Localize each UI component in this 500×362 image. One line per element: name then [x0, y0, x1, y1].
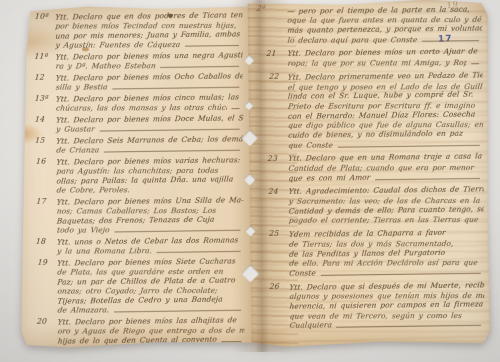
entry-line: Ytt. Declaro que si después de mi Muerte…: [289, 280, 484, 291]
handwritten-text: Ytt. Declaro por bienes míos Siete Cucha…: [57, 256, 236, 267]
entry-line: Conste: [289, 266, 484, 277]
handwritten-text: Ytt. Declaro por bienes míos Doce Mulas,…: [56, 113, 244, 124]
entry-end-rule: [160, 66, 239, 68]
testament-entry: 20Ytt. Declaro por bienes míos las alhaj…: [36, 315, 244, 345]
entry-number: 23: [266, 153, 289, 182]
testament-entry: 15Ytt. Declaro Seis Marranos de Ceba; lo…: [35, 134, 243, 155]
entry-line: una por mis menores; Juana y Familia, am…: [55, 29, 242, 40]
handwritten-text: Conste: [289, 268, 316, 277]
entry-end-rule: [185, 45, 239, 47]
testament-entry: 26Ytt. Declaro que si después de mi Muer…: [268, 280, 484, 330]
entry-text-block: Ytt. Agradecimiento: Caudal dos dichos d…: [288, 185, 483, 225]
entry-text-block: Ytt. Declaro por bienes míos un corto Aj…: [287, 47, 482, 68]
entry-text-block: Ytt. Declaro por bienes míos varias hech…: [56, 155, 243, 194]
entry-number: 16: [33, 157, 57, 195]
entry-line: y la una Romana Libra.: [57, 245, 244, 256]
entry-text-block: Ytt. Declaro que en dos poderes de Ticar…: [55, 10, 242, 49]
handwritten-text: Paz; un par de Chillos de Plata de a Cua…: [57, 275, 236, 286]
right-page-entries: — pero por el tiempo de la parte en la s…: [266, 4, 485, 334]
handwritten-text: silla y Bestia: [55, 82, 108, 91]
entry-number: 15: [34, 136, 57, 155]
entry-number: 13ª: [34, 94, 57, 113]
entry-line: silla y Bestia: [55, 81, 242, 92]
entry-text-block: Ytt. Declaro por bienes míos cinco mulas…: [55, 92, 242, 112]
entry-line: Ytt. Declaro por bienes míos varias hech…: [56, 155, 243, 166]
entry-text-block: Ytt. Declaro Seis Marranos de Ceba; los …: [56, 134, 243, 154]
entry-number: 24: [266, 186, 290, 225]
entry-text-block: Ytt. Declaro por bienes míos las alhajit…: [57, 315, 244, 345]
handwritten-text: lo declaro aquí para que Conste: [287, 35, 418, 45]
entry-line: Ytt. Declaro por bienes míos Doce Mulas,…: [56, 113, 243, 124]
testament-entry: 10ªYtt. Declaro que en dos poderes de Ti…: [34, 10, 242, 50]
handwritten-text: Ytt. Declaro por bienes míos cinco mulas…: [55, 92, 239, 103]
entry-end-rule: [375, 178, 480, 180]
handwritten-text: con el Bernardo: Manuel Díaz Flores: Cos…: [288, 109, 476, 120]
handwritten-text: Cualquiera: [289, 321, 332, 331]
entry-line: Ytt. Declaro Seis Marranos de Ceba; los …: [56, 134, 243, 145]
entry-number: 14: [34, 115, 57, 134]
handwritten-text: y la una Romana Libra.: [57, 246, 153, 255]
handwritten-text: de las Penditas y llanos del Purgatorio: [289, 247, 446, 258]
entry-line: ollas; para Pailas: la quinta Dña. una v…: [56, 174, 243, 185]
handwritten-text: Cantidad de Plata; cuando que era por me…: [288, 163, 475, 173]
entry-number: 11ª: [33, 52, 56, 71]
margin-scribble-mark: 2ª: [256, 4, 266, 13]
entry-end-rule: [320, 273, 480, 276]
left-page-entries: 10ªYtt. Declaro que en dos poderes de Ti…: [34, 10, 245, 347]
entry-number: 10ª: [32, 12, 56, 50]
entry-line: nos; Camas Caballares; Los Bastos; Los: [56, 205, 243, 216]
entry-number: [264, 6, 288, 45]
entry-text-block: Ydem recibidas de la Chaparra a favorde …: [288, 228, 483, 278]
entry-line: y Agustín: Fuentes de Cáqueza: [55, 39, 242, 50]
handwritten-text: y Guastar: [56, 124, 96, 133]
handwritten-text: Ytt. Declaro por bienes míos Una Silla d…: [56, 195, 244, 206]
entry-line: Ytt. Declaro por bienes míos Ocho Caball…: [55, 71, 242, 82]
handwritten-text: Ytt. Declaro por bienes míos Ocho Caball…: [55, 71, 243, 82]
handwritten-text: — pero por el tiempo de la parte en la s…: [287, 4, 471, 15]
entry-text-block: Ytt. Declaro por bienes míos Ocho Caball…: [55, 71, 242, 91]
entry-line: de Crianza: [56, 144, 243, 155]
handwritten-text: que vean de mi Tercero, según y como les: [289, 311, 462, 321]
handwritten-text: de Almazara.: [57, 305, 110, 314]
entry-text-block: Ytt. Declaro por bienes míos Doce Mulas,…: [56, 113, 243, 133]
entry-text-block: Ytt. Declaro que en una Romana traje a c…: [288, 152, 483, 183]
entry-line: Paz; un par de Chillos de Plata de a Cua…: [57, 275, 244, 286]
entry-text-block: Ytt. Declaro primeramente veo un Pedazo …: [287, 70, 483, 149]
handwritten-text: Baquetas; dos Frenos; Tenazas de Cuja: [56, 214, 214, 225]
entry-number: 26: [266, 282, 291, 331]
manuscript-photo: 10ªYtt. Declaro que en dos poderes de Ti…: [0, 0, 500, 362]
manuscript-page-left: 10ªYtt. Declaro que en dos poderes de Ti…: [18, 4, 254, 348]
entry-number: 18: [35, 237, 58, 256]
handwritten-text: ropa; la que por su Cuenta mi Amiga, y R…: [287, 58, 467, 68]
entry-number: 25: [266, 229, 291, 278]
entry-end-rule: [99, 129, 239, 132]
entry-line: lo declaro aquí para que Conste: [287, 33, 482, 44]
entry-text-block: Ytt. Declaro por bienes míos Una Silla d…: [56, 195, 243, 234]
handwritten-text: de Crianza: [56, 145, 100, 154]
entry-end-rule: [231, 108, 239, 109]
entry-number: 12: [34, 73, 57, 92]
testament-entry: 23Ytt. Declaro que en una Romana traje a…: [267, 152, 483, 183]
manuscript-page-right: 19 2ª 17 — pero por el tiempo de la part…: [248, 0, 491, 347]
entry-text-block: Ytt. Declaro por bienes míos una negra A…: [55, 50, 242, 70]
entry-number: 17: [34, 197, 58, 235]
entry-end-rule: [337, 144, 479, 147]
entry-end-rule: [422, 40, 479, 42]
entry-line: Cantidad de Plata; cuando que era por me…: [288, 162, 483, 173]
handwritten-text: Ytt. Declaro que si después de mi Muerte…: [289, 280, 485, 291]
testament-entry: 18Ytt. unos o Netos de Cebar las dos Rom…: [35, 235, 243, 256]
entry-line: Tijeras; Botellas de Cedro y una Bandeja: [57, 294, 244, 305]
entry-end-rule: [471, 63, 479, 64]
entry-line: Ytt. Declaro por bienes míos Una Silla d…: [56, 195, 243, 206]
testament-entry: 14Ytt. Declaro por bienes míos Doce Mula…: [35, 113, 243, 134]
handwritten-text: que es con mi Amor: [288, 172, 371, 182]
entry-line: que es con mi Amor: [288, 171, 483, 182]
entry-end-rule: [114, 230, 240, 233]
entry-line: todo ya Viejo: [56, 224, 243, 235]
entry-end-rule: [114, 310, 241, 313]
handwritten-text: una por mis menores; Juana y Familia, am…: [55, 29, 241, 40]
testament-entry: — pero por el tiempo de la parte en la s…: [266, 4, 482, 44]
entry-line: Cualquiera: [289, 319, 484, 330]
entry-line: y Guastar: [56, 123, 243, 134]
entry-line: de Cobre, Peroles.: [56, 184, 243, 195]
testament-entry: 17Ytt. Declaro por bienes míos Una Silla…: [35, 195, 243, 235]
entry-text-block: Ytt. unos o Netos de Cebar las dos Roman…: [56, 235, 243, 255]
testament-entry: 22Ytt. Declaro primeramente veo un Pedaz…: [266, 70, 483, 149]
entry-text-block: Ytt. Declaro que si después de mi Muerte…: [289, 280, 484, 330]
entry-end-rule: [157, 251, 241, 253]
entry-line: de Almazara.: [57, 304, 244, 315]
entry-text-block: — pero por el tiempo de la parte en la s…: [287, 4, 482, 44]
entry-number: 20: [35, 317, 58, 346]
handwritten-text: Ytt. Declaro por bienes míos las alhajit…: [57, 315, 237, 326]
manuscript-book-spread: 10ªYtt. Declaro que en dos poderes de Ti…: [12, 0, 494, 354]
entry-line: chúcaras, las dos mansas y las otras chú…: [55, 102, 242, 113]
testament-entry: 13ªYtt. Declaro por bienes míos cinco mu…: [34, 92, 242, 113]
handwritten-text: Tijeras; Botellas de Cedro y una Bandeja: [57, 294, 223, 305]
handwritten-text: ra y Dª. Matheo Esteban: [55, 61, 156, 70]
entry-line: que Conste: [288, 138, 483, 149]
entry-line: ropa; la que por su Cuenta mi Amiga, y R…: [287, 57, 482, 68]
testament-entry: 11ªYtt. Declaro por bienes míos una negr…: [34, 50, 242, 71]
entry-end-rule: [221, 341, 241, 342]
testament-entry: 25Ydem recibidas de la Chaparra a favord…: [267, 228, 483, 278]
handwritten-text: todo ya Viejo: [56, 225, 110, 234]
handwritten-text: y Agustín: Fuentes de Cáqueza: [55, 40, 181, 50]
handwritten-text: de ello. Para mi Acción Declárolo así pa…: [289, 258, 479, 268]
entry-line: Ytt. Declaro que en dos poderes de Ticar…: [55, 10, 242, 21]
entry-line: Ytt. Declaro por bienes míos Siete Cucha…: [57, 256, 244, 267]
testament-entry: 21Ytt. Declaro por bienes míos un corto …: [266, 47, 482, 68]
entry-number: 19: [34, 258, 60, 315]
handwritten-text: Ytt. Declaro que en dos poderes de Ticar…: [55, 10, 243, 21]
testament-entry: 19Ytt. Declaro por bienes míos Siete Cuc…: [36, 256, 244, 315]
handwritten-text: Ytt. Declaro por bienes míos varias hech…: [56, 155, 241, 166]
handwritten-text: hijas de lo que den Cuenta al convento: [57, 334, 217, 345]
testament-entry: 16Ytt. Declaro por bienes míos varias he…: [35, 155, 243, 195]
handwritten-text: pagado el corriente; Tierras en las Tier…: [288, 215, 479, 225]
entry-line: de ello. Para mi Acción Declárolo así pa…: [289, 257, 484, 268]
testament-entry: 24Ytt. Agradecimiento: Caudal dos dichos…: [267, 185, 483, 225]
entry-number: 21: [265, 48, 288, 68]
entry-text-block: Ytt. Declaro por bienes míos Siete Cucha…: [57, 256, 244, 314]
entry-line: Ytt. Declaro por bienes míos cinco mulas…: [55, 92, 242, 103]
entry-end-rule: [337, 325, 482, 328]
handwritten-text: Ytt. Declaro Seis Marranos de Ceba; los …: [56, 134, 244, 145]
testament-entry: 12Ytt. Declaro por bienes míos Ocho Caba…: [34, 71, 242, 92]
handwritten-text: chúcaras, las dos mansas y las otras chú…: [56, 103, 228, 113]
entry-line: Ytt. unos o Netos de Cebar las dos Roman…: [56, 235, 243, 246]
entry-line: con el Bernardo: Manuel Díaz Flores: Cos…: [288, 109, 483, 120]
entry-line: ra y Dª. Matheo Esteban: [55, 60, 242, 71]
handwritten-text: que Conste: [288, 140, 334, 149]
entry-line: Ytt. Declaro por bienes míos una negra A…: [55, 50, 242, 61]
handwritten-text: ollas; para Pailas: la quinta Dña. una v…: [56, 174, 234, 185]
handwritten-text: de Cobre, Peroles.: [56, 185, 130, 194]
entry-line: Ytt. Declaro por bienes míos las alhajit…: [57, 315, 244, 326]
entry-end-rule: [104, 150, 240, 153]
handwritten-text: Ytt. unos o Netos de Cebar las dos Roman…: [57, 235, 239, 246]
entry-line: que vean de mi Tercero, según y como les: [289, 309, 484, 320]
entry-line: pagado el corriente; Tierras en las Tier…: [288, 214, 483, 225]
entry-end-rule: [112, 87, 239, 90]
handwritten-text: Ytt. Declaro por bienes míos una negra A…: [55, 50, 243, 61]
entry-line: hijas de lo que den Cuenta al convento: [57, 334, 244, 345]
